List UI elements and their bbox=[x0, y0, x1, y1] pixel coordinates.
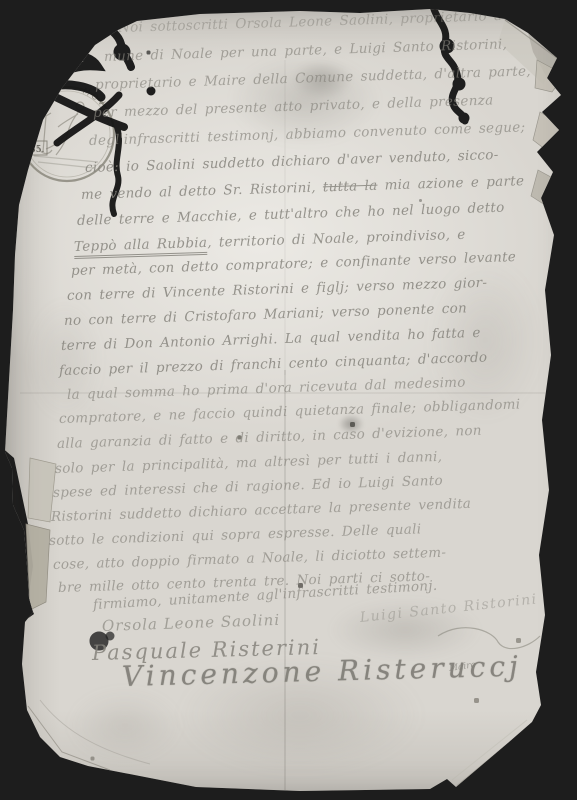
signature-block: Orsola Leone Saolini Luigi Santo Ristori… bbox=[0, 0, 577, 800]
ink-specks bbox=[0, 0, 1, 1]
signature-witness-left: Orsola Leone Saolini bbox=[102, 611, 281, 635]
svg-text:TIMBRO: TIMBRO bbox=[15, 101, 38, 153]
signature-party-right: Luigi Santo Ristorini bbox=[359, 591, 538, 626]
scanned-document: 35. TIMBRO MOV bbox=[0, 0, 577, 800]
paper-sheet: 35. TIMBRO MOV bbox=[0, 0, 577, 800]
stamp-arc-text-left: TIMBRO bbox=[15, 101, 38, 153]
